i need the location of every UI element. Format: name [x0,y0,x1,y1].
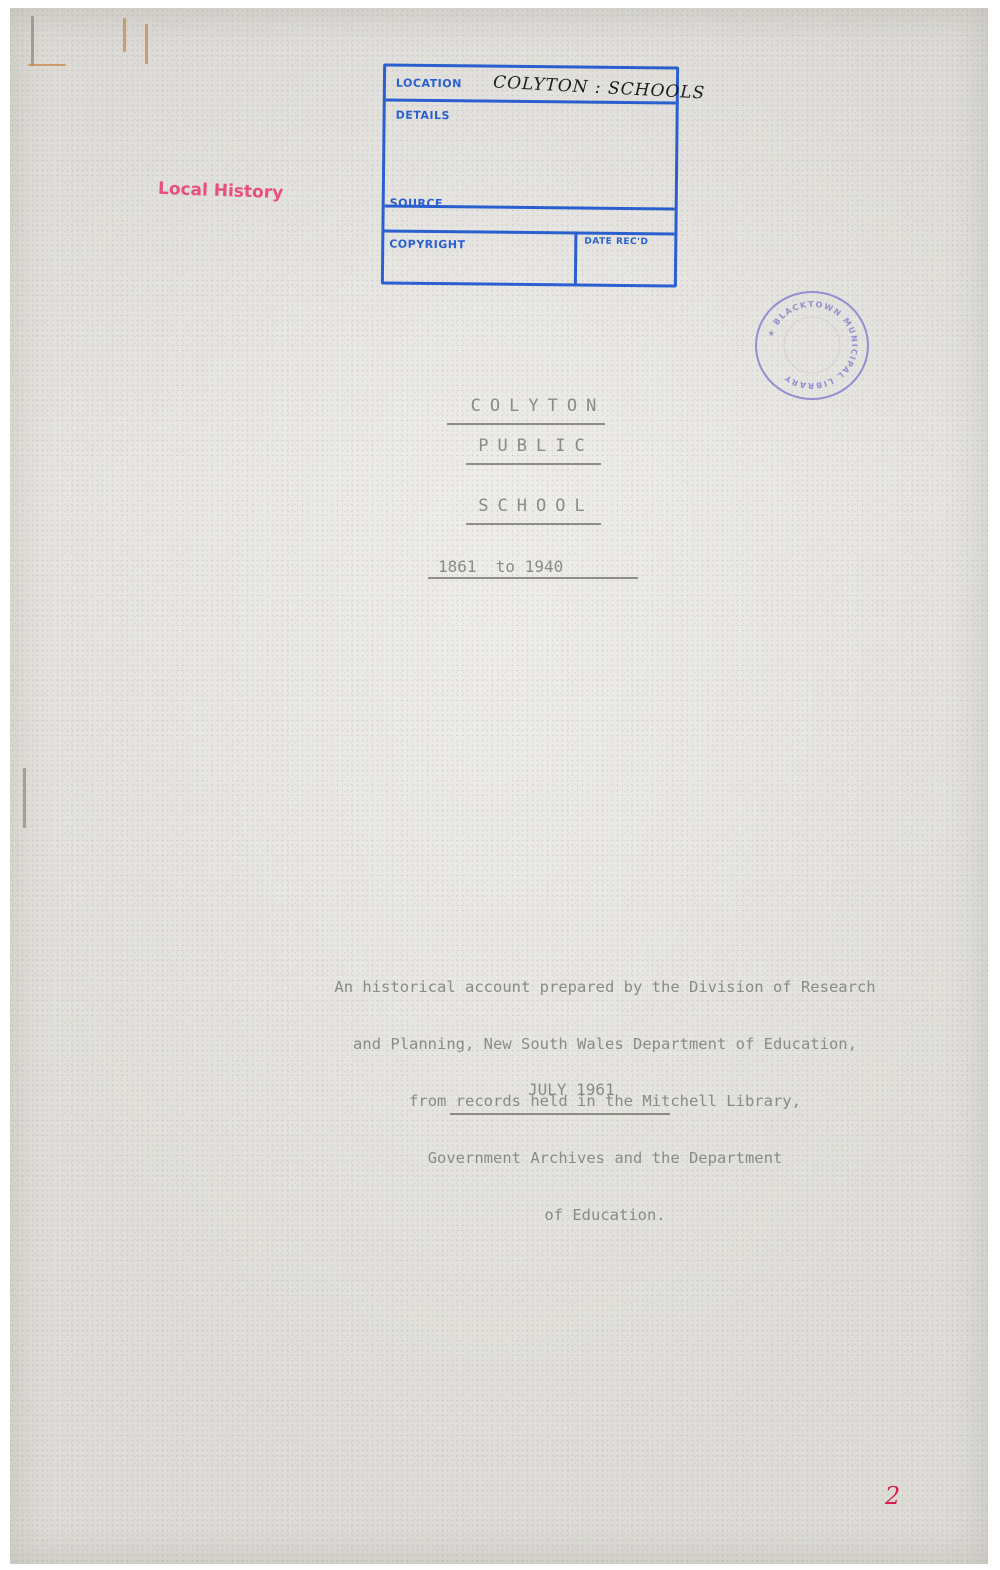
description-line: Government Archives and the Department [250,1149,960,1168]
date-recd-label: DATE REC'D [584,237,648,248]
rust-mark [28,64,66,66]
document-page: LOCATION DETAILS SOURCE COPYRIGHT DATE R… [10,8,988,1564]
publication-date: JULY 1961 [528,1080,615,1099]
clip-mark [23,768,26,828]
title-line-3: SCHOOL [446,496,626,516]
description-line: of Education. [250,1206,960,1225]
date-range-underline [428,577,638,579]
rust-mark [123,18,126,52]
details-label: DETAILS [396,109,450,123]
page-number: 2 [885,1482,900,1510]
date-range: 1861 to 1940 [438,557,563,576]
title-underline-1 [447,423,605,425]
title-line-2: PUBLIC [446,436,626,456]
description-line: An historical account prepared by the Di… [250,978,960,997]
source-label: SOURCE [390,197,443,211]
local-history-stamp: Local History [158,179,284,203]
description: An historical account prepared by the Di… [250,940,960,1263]
description-line: and Planning, New South Wales Department… [250,1035,960,1054]
title-underline-2 [466,463,601,465]
copyright-label: COPYRIGHT [389,238,465,252]
location-label: LOCATION [396,77,462,91]
title-underline-3 [466,523,601,525]
library-seal: ★ BLACKTOWN MUNICIPAL LIBRARY [755,291,869,400]
title-line-1: COLYTON [428,396,648,416]
date-underline [450,1113,670,1115]
seal-text-icon: ★ BLACKTOWN MUNICIPAL LIBRARY [757,293,867,398]
svg-text:★ BLACKTOWN MUNICIPAL LIBRARY: ★ BLACKTOWN MUNICIPAL LIBRARY [766,300,859,390]
staple-mark [31,16,34,66]
rust-mark [145,24,148,64]
